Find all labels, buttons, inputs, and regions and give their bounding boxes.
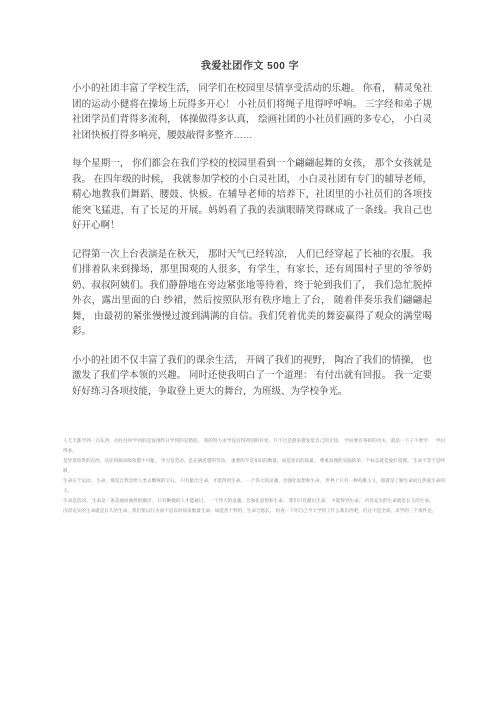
footer-quote-line-5: 内容充实的生命就是长久的生命。我们要以行为而不是以时间来衡量生命。如能善于利用，…	[63, 506, 445, 516]
footer-quotes: 人天天都学到一点东西，而往往所学到的是发现昨日学到的是错的。 我的努力求学没有得…	[63, 436, 445, 516]
footer-quote-line-1-tail: 学问	[436, 436, 445, 456]
footer-quote-line-4: 生命是活动。 生命是一条美丽而曲折的幽径， 只有勤勉的人才能通过。 一个伟大的灵…	[63, 496, 445, 506]
footer-quote-line-3: 生命在于运动。 生命，那是自然会给人类去雕琢的宝石。 只有献出生命，才能得到生命…	[63, 476, 445, 496]
essay-paragraph-2: 每个星期一， 你们都会在我们学校的校园里看到一个翩翩起舞的女孩， 那个女孩就是我…	[72, 156, 432, 234]
essay-paragraph-4: 小小的社团不仅丰富了我们的课余生活， 开阔了我们的视野， 陶冶了我们的情操， 也…	[72, 353, 432, 400]
document-page: 我爱社团作文 500 字 小小的社团丰富了学校生活， 同学们在校园里尽情享受活动…	[0, 0, 500, 708]
essay-title: 我爱社团作文 500 字	[0, 57, 500, 72]
essay-body: 小小的社团丰富了学校生活， 同学们在校园里尽情享受活动的乐趣。 你看， 精灵兔社…	[72, 81, 432, 412]
footer-quote-line-1: 人天天都学到一点东西，而往往所学到的是发现昨日学到的是错的。 我的努力求学没有得…	[63, 436, 445, 456]
footer-quote-line-2: 是异常珍贵的东西，从任何源泉吸收都不可耻。 学习是劳动，是充满思想的劳动。 重要…	[63, 456, 445, 476]
essay-paragraph-1: 小小的社团丰富了学校生活， 同学们在校园里尽情享受活动的乐趣。 你看， 精灵兔社…	[72, 81, 432, 143]
footer-quote-line-1-text: 人天天都学到一点东西，而往往所学到的是发现昨日学到的是错的。 我的努力求学没有得…	[63, 436, 428, 456]
essay-paragraph-3: 记得第一次上台表演是在秋天， 那时天气已经转凉， 人们已经穿起了长袖的衣服。 我…	[72, 247, 432, 340]
